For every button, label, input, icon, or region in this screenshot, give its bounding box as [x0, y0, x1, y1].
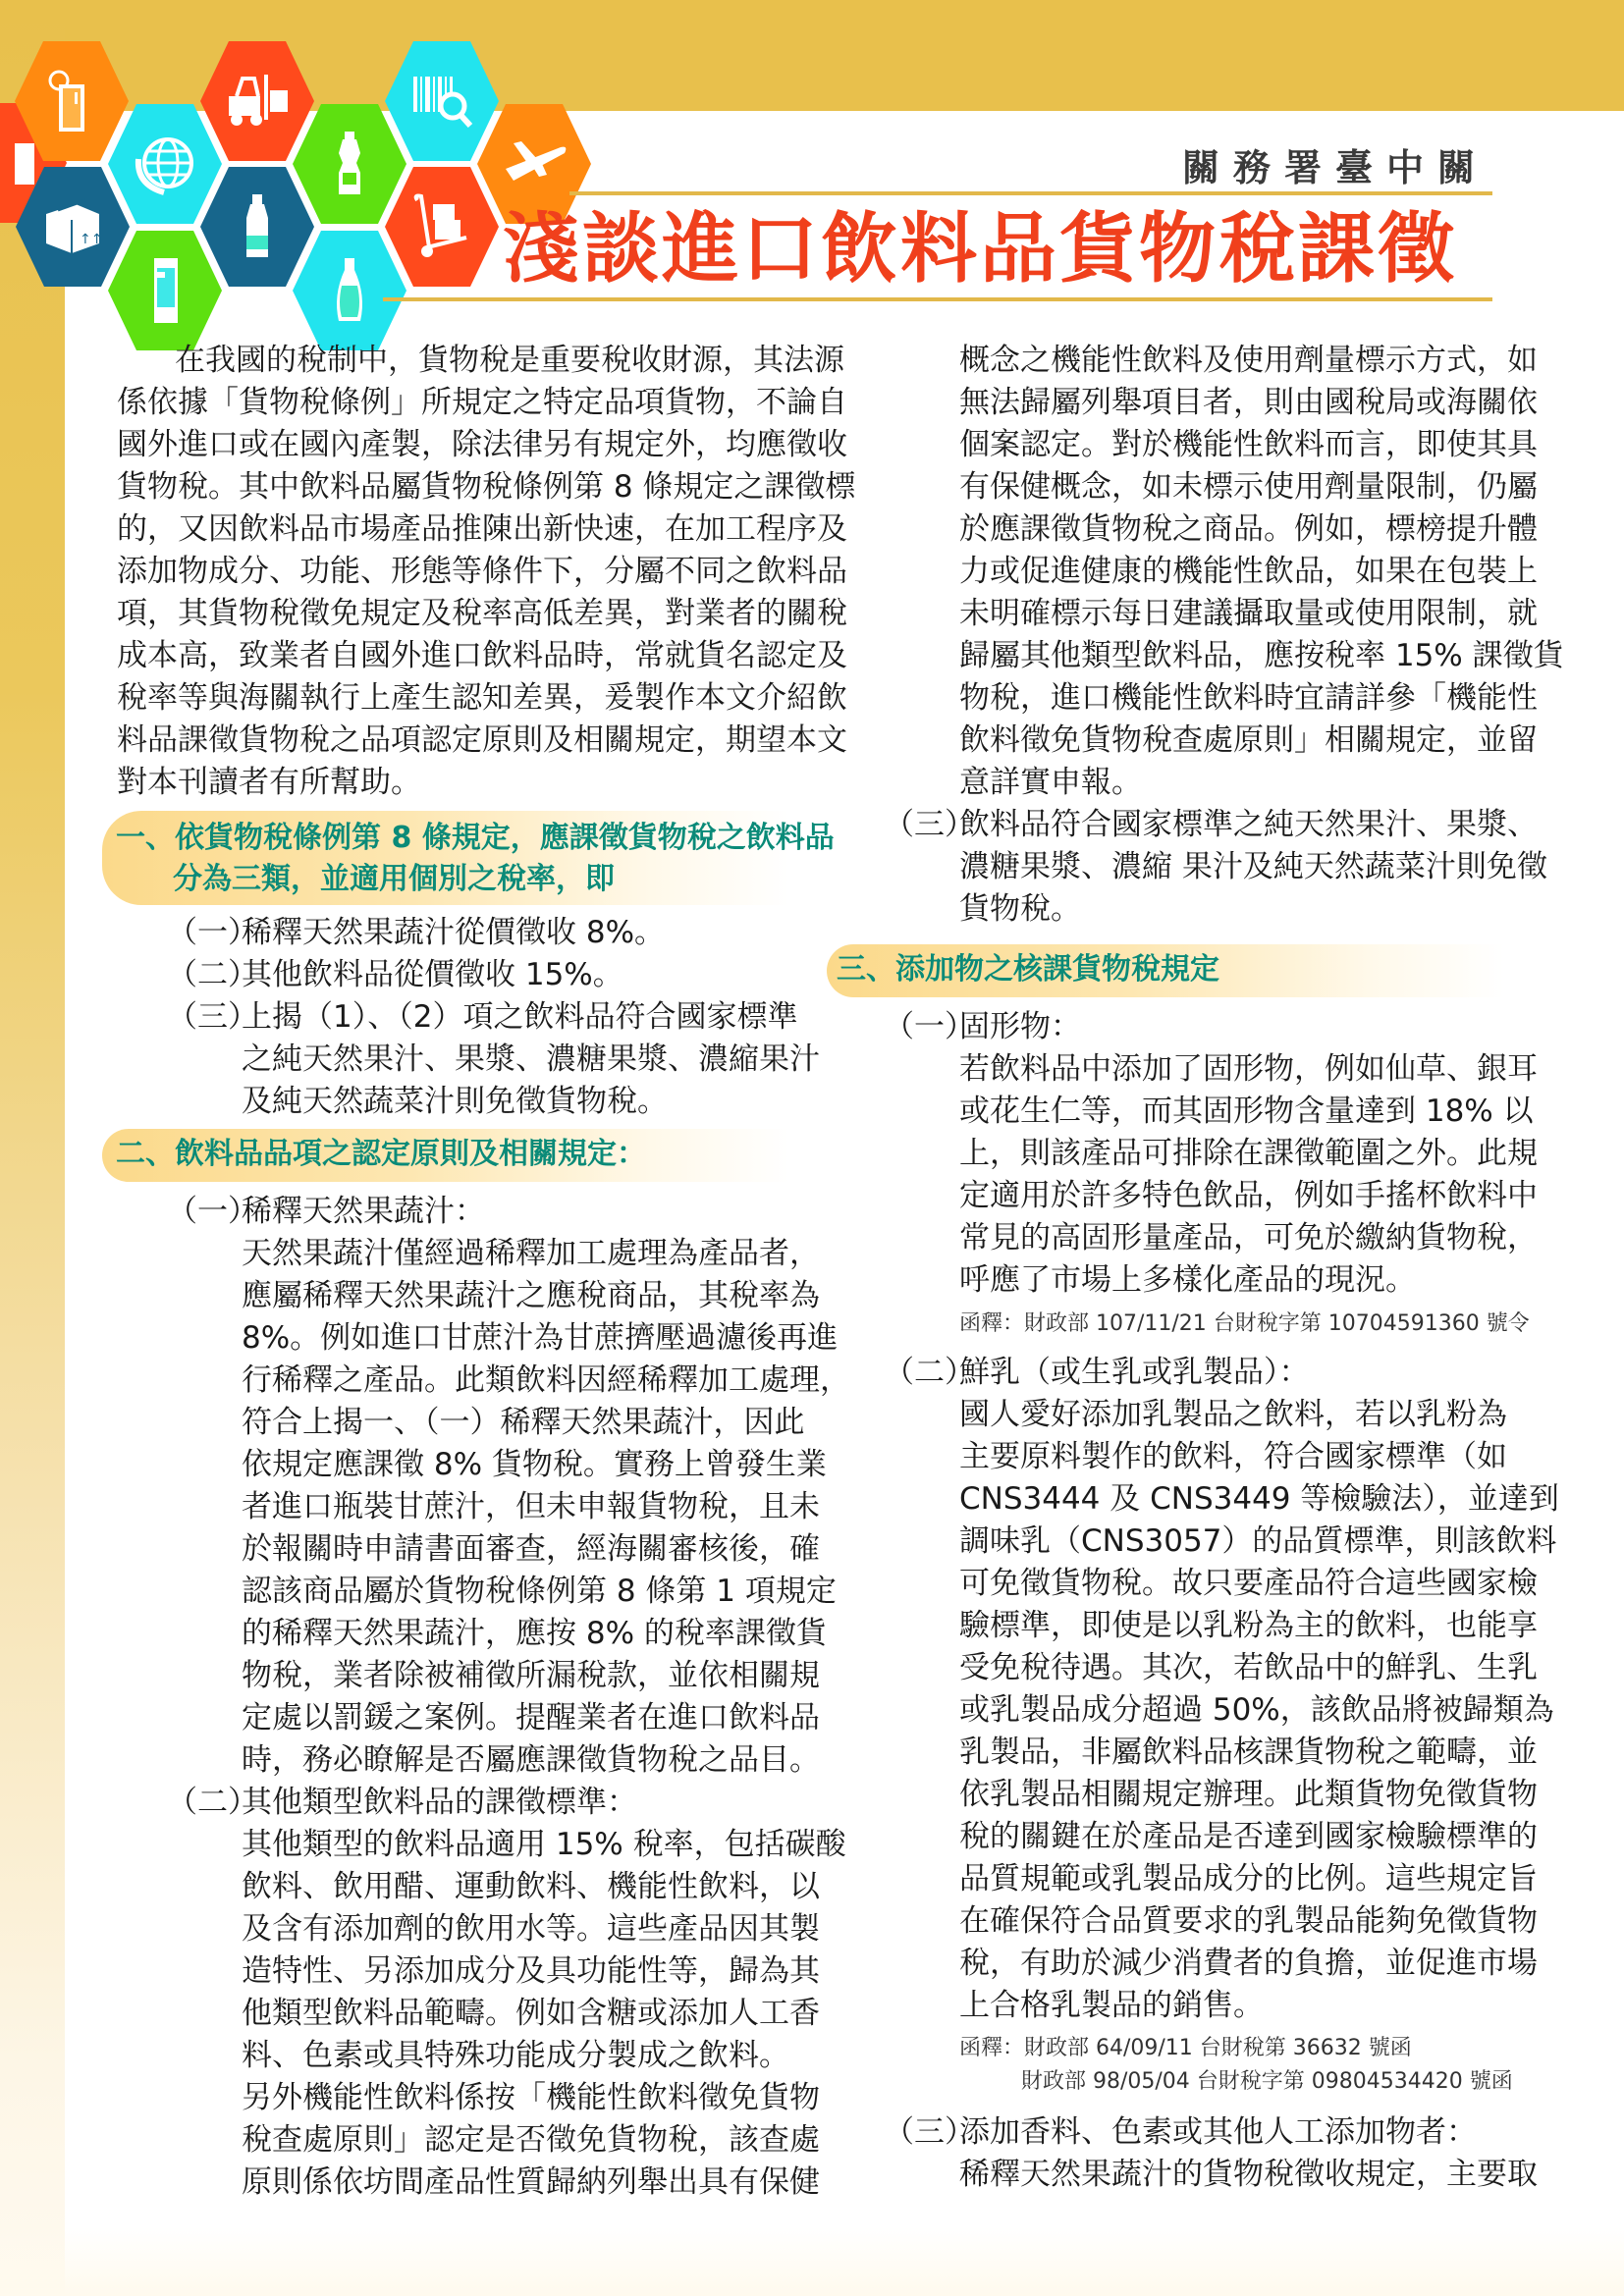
item-text: 符合上揭一、（一）稀釋天然果蔬汁，因此: [242, 1402, 805, 1444]
item-text: 飲料品符合國家標準之純天然果汁、果漿、: [959, 804, 1538, 846]
item-title: 固形物：: [959, 1006, 1081, 1048]
item-text: 在確保符合品質要求的乳製品能夠免徵貨物: [959, 1900, 1538, 1943]
item-text: 意詳實申報。: [959, 762, 1142, 804]
page-title: 淺談進口飲料品貨物稅課徵: [503, 204, 1457, 294]
ruling-note: 財政部 98/05/04 台財稅字第 09804534420 號函: [1021, 2067, 1513, 2097]
item-text: 或花生仁等，而其固形物含量達到 18% 以: [959, 1091, 1534, 1133]
juice-glass-icon: [37, 67, 106, 135]
forklift-icon: [223, 67, 292, 135]
bottle-icon: [223, 192, 292, 261]
item-title: 稀釋天然果蔬汁：: [242, 1191, 485, 1233]
item-title: 鮮乳（或生乳或乳製品）：: [959, 1352, 1310, 1394]
item-text: 稀釋天然果蔬汁從價徵收 8%。: [242, 912, 665, 954]
intro-line: 的，又因飲料品市場產品推陳出新快速，在加工程序及: [117, 508, 775, 551]
globe-phone-icon: [131, 130, 199, 198]
item-text: 貨物稅。: [959, 888, 1081, 931]
left-band: [0, 0, 65, 2296]
item-text: 未明確標示每日建議攝取量或使用限制，就: [959, 593, 1538, 635]
item-text: 乳製品，非屬飲料品核課貨物稅之範疇，並: [959, 1732, 1538, 1774]
item-text: 認該商品屬於貨物稅條例第 8 條第 1 項規定: [242, 1571, 837, 1613]
svg-text:↑↑: ↑↑: [80, 232, 102, 247]
item-text: 於報關時申請書面審查，經海關審核後，確: [242, 1528, 820, 1571]
item-text: 飲料徵免貨物稅查處原則」相關規定，並留: [959, 720, 1538, 762]
item-text: 物稅，進口機能性飲料時宜請詳參「機能性: [959, 677, 1538, 720]
bottom-fade: [0, 2227, 1624, 2296]
item-text: 個案認定。對於機能性飲料而言，即使其具: [959, 424, 1538, 466]
item-text: 其他類型的飲料品適用 15% 稅率，包括碳酸: [242, 1824, 846, 1866]
item-text: CNS3444 及 CNS3449 等檢驗法），並達到: [959, 1478, 1559, 1521]
item-text: 主要原料製作的飲料，符合國家標準（如: [959, 1436, 1507, 1478]
section-heading-2: 二、飲料品品項之認定原則及相關規定：: [102, 1129, 789, 1182]
item-text: 依乳製品相關規定辦理。此類貨物免徵貨物: [959, 1774, 1538, 1816]
package-box-icon: ↑↑: [38, 192, 107, 261]
item-text: 稀釋天然果蔬汁的貨物稅徵收規定，主要取: [959, 2154, 1538, 2196]
section-heading-1-line: 一、依貨物稅條例第 8 條規定，應課徵貨物稅之飲料品: [116, 817, 835, 859]
item-text: 上合格乳製品的銷售。: [959, 1985, 1264, 2027]
section-heading-1-line: 分為三類，並適用個別之稅率，即: [173, 858, 615, 900]
item-text: 行稀釋之產品。此類飲料因經稀釋加工處理，: [242, 1360, 850, 1402]
item-text: 的稀釋天然果蔬汁，應按 8% 的稅率課徵貨: [242, 1613, 827, 1655]
item-text: 料、色素或具特殊功能成分製成之飲料。: [242, 2035, 789, 2077]
item-text: 無法歸屬列舉項目者，則由國稅局或海關依: [959, 382, 1538, 424]
intro-line: 在我國的稅制中，貨物稅是重要稅收財源，其法源: [175, 340, 774, 382]
item-text: 定適用於許多特色飲品，例如手搖杯飲料中: [959, 1175, 1538, 1217]
intro-line: 對本刊讀者有所幫助。: [117, 762, 775, 804]
item-text: 概念之機能性飲料及使用劑量標示方式，如: [959, 340, 1538, 382]
item-text: 或乳製品成分超過 50%，該飲品將被歸類為: [959, 1689, 1554, 1732]
item-text: 若飲料品中添加了固形物，例如仙草、銀耳: [959, 1048, 1538, 1091]
item-text: 物稅，業者除被補徵所漏稅款，並依相關規: [242, 1655, 820, 1697]
item-text: 及含有添加劑的飲用水等。這些產品因其製: [242, 1908, 820, 1950]
item-text: 稅，有助於減少消費者的負擔，並促進市場: [959, 1943, 1538, 1985]
intro-line: 料品課徵貨物稅之品項認定原則及相關規定，期望本文: [117, 720, 775, 762]
section-heading-2-text: 二、飲料品品項之認定原則及相關規定：: [116, 1133, 646, 1175]
intro-line: 添加物成分、功能、形態等條件下，分屬不同之飲料品: [117, 551, 775, 593]
item-text: 之純天然果汁、果漿、濃糖果漿、濃縮果汁: [242, 1039, 820, 1081]
item-title: 其他類型飲料品的課徵標準：: [242, 1782, 637, 1824]
intro-line: 項，其貨物稅徵免規定及稅率高低差異，對業者的關稅: [117, 593, 775, 635]
intro-line: 稅率等與海關執行上產生認知差異，爰製作本文介紹飲: [117, 677, 775, 720]
item-text: 飲料、飲用醋、運動飲料、機能性飲料，以: [242, 1866, 820, 1908]
section-heading-3-text: 三、添加物之核課貨物稅規定: [837, 948, 1219, 990]
item-text: 濃糖果漿、濃縮 果汁及純天然蔬菜汁則免徵: [959, 846, 1547, 888]
item-text: 國人愛好添加乳製品之飲料，若以乳粉為: [959, 1394, 1507, 1436]
round-bottle-icon: [315, 256, 384, 325]
item-text: 調味乳（CNS3057）的品質標準，則該飲料: [959, 1521, 1556, 1563]
airplane-icon: [500, 130, 568, 198]
water-bottle-icon: [315, 130, 384, 198]
item-text: 常見的高固形量產品，可免於繳納貨物稅，: [959, 1217, 1538, 1259]
item-text: 驗標準，即使是以乳粉為主的飲料，也能享: [959, 1605, 1538, 1647]
intro-line: 成本高，致業者自國外進口飲料品時，常就貨名認定及: [117, 635, 775, 677]
title-bottom-rule: [383, 297, 1492, 301]
intro-line: 貨物稅。其中飲料品屬貨物稅條例第 8 條規定之課徵標: [117, 466, 775, 508]
item-text: 歸屬其他類型飲料品，應按稅率 15% 課徵貨: [959, 635, 1564, 677]
intro-line: 係依據「貨物稅條例」所規定之特定品項貨物，不論自: [117, 382, 775, 424]
item-text: 稅的關鍵在於產品是否達到國家檢驗標準的: [959, 1816, 1538, 1858]
item-text: 其他飲料品從價徵收 15%。: [242, 954, 623, 996]
item-text: 者進口瓶裝甘蔗汁，但未申報貨物稅，且未: [242, 1486, 820, 1528]
item-text: 造特性、另添加成分及具功能性等，歸為其: [242, 1950, 820, 1993]
barcode-search-icon: [407, 67, 476, 135]
item-text: 及純天然蔬菜汁則免徵貨物稅。: [242, 1081, 668, 1123]
ruling-note: 函釋：財政部 64/09/11 台財稅第 36632 號函: [959, 2034, 1412, 2063]
section-heading-1: 一、依貨物稅條例第 8 條規定，應課徵貨物稅之飲料品 分為三類，並適用個別之稅率…: [102, 811, 789, 905]
item-text: 依規定應課徵 8% 貨物稅。實務上曾發生業: [242, 1444, 827, 1486]
item-text: 可免徵貨物稅。故只要產品符合這些國家檢: [959, 1563, 1538, 1605]
item-text: 原則係依坊間產品性質歸納列舉出具有保健: [242, 2162, 820, 2204]
item-text: 力或促進健康的機能性飲品，如果在包裝上: [959, 551, 1538, 593]
item-text: 8%。例如進口甘蔗汁為甘蔗擠壓過濾後再進: [242, 1317, 838, 1360]
item-text: 另外機能性飲料係按「機能性飲料徵免貨物: [242, 2077, 820, 2119]
item-text: 品質規範或乳製品成分的比例。這些規定旨: [959, 1858, 1538, 1900]
intro-line: 國外進口或在國內產製，除法律另有規定外，均應徵收: [117, 424, 775, 466]
hand-truck-icon: [407, 192, 476, 261]
section-heading-3: 三、添加物之核課貨物稅規定: [827, 944, 1504, 997]
item-text: 有保健概念，如未標示使用劑量限制，仍屬: [959, 466, 1538, 508]
author-label: 關務署臺中關: [1182, 137, 1489, 191]
item-text: 稅查處原則」認定是否徵免貨物稅，該查處: [242, 2119, 820, 2162]
ruling-note: 函釋：財政部 107/11/21 台財稅字第 10704591360 號令: [959, 1309, 1530, 1339]
item-text: 上揭（1）、（2）項之飲料品符合國家標準: [242, 996, 797, 1039]
item-text: 上，則該產品可排除在課徵範圍之外。此規: [959, 1133, 1538, 1175]
item-text: 受免稅待遇。其次，若飲品中的鮮乳、生乳: [959, 1647, 1538, 1689]
title-top-rule: [569, 191, 1492, 195]
item-text: 定處以罰鍰之案例。提醒業者在進口飲料品: [242, 1697, 820, 1739]
item-text: 天然果蔬汁僅經過稀釋加工處理為產品者，: [242, 1233, 820, 1275]
item-text: 應屬稀釋天然果蔬汁之應稅商品，其稅率為: [242, 1275, 820, 1317]
item-text: 呼應了市場上多樣化產品的現況。: [959, 1259, 1416, 1302]
milk-carton-icon: [131, 256, 199, 325]
item-text: 於應課徵貨物稅之商品。例如，標榜提升體: [959, 508, 1538, 551]
item-text: 他類型飲料品範疇。例如含糖或添加人工香: [242, 1993, 820, 2035]
item-title: 添加香料、色素或其他人工添加物者：: [959, 2111, 1477, 2154]
item-text: 時，務必瞭解是否屬應課徵貨物稅之品目。: [242, 1739, 820, 1782]
